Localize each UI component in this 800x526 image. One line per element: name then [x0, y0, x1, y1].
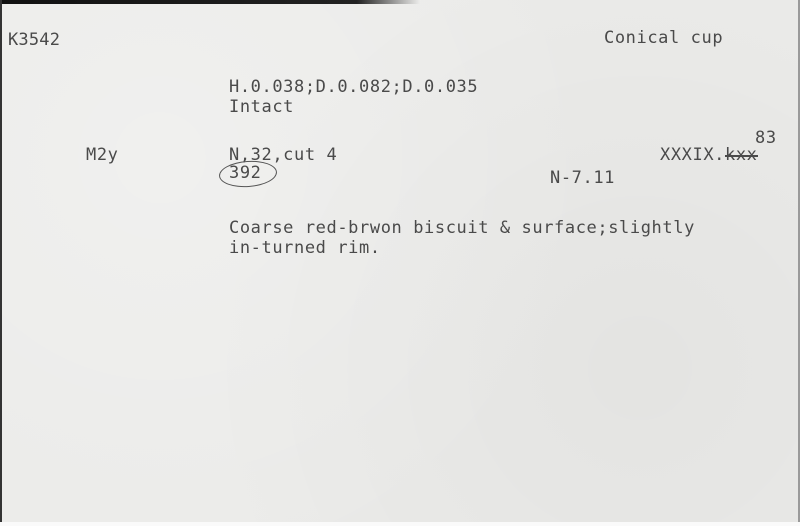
description-line-1: Coarse red-brwon biscuit & surface;sligh…: [229, 218, 695, 238]
plate-reference: XXXIX.kxx: [660, 145, 758, 165]
circled-number: 392: [229, 163, 262, 183]
scan-border-left: [0, 0, 2, 526]
plate-reference-correction: 83: [755, 128, 777, 148]
scan-border-top: [0, 0, 420, 4]
condition: Intact: [229, 97, 294, 117]
locus: M2y: [86, 145, 119, 165]
catalog-card: K3542 Conical cup H.0.038;D.0.082;D.0.03…: [0, 0, 800, 526]
plate-reference-struck: kxx: [725, 145, 758, 165]
scan-border-bottom: [0, 522, 800, 526]
negative-number: N-7.11: [550, 168, 615, 188]
object-type: Conical cup: [604, 28, 723, 48]
catalog-number: K3542: [8, 30, 60, 50]
description-line-2: in-turned rim.: [229, 238, 381, 258]
plate-reference-prefix: XXXIX.: [660, 145, 725, 165]
dimensions: H.0.038;D.0.082;D.0.035: [229, 77, 478, 97]
